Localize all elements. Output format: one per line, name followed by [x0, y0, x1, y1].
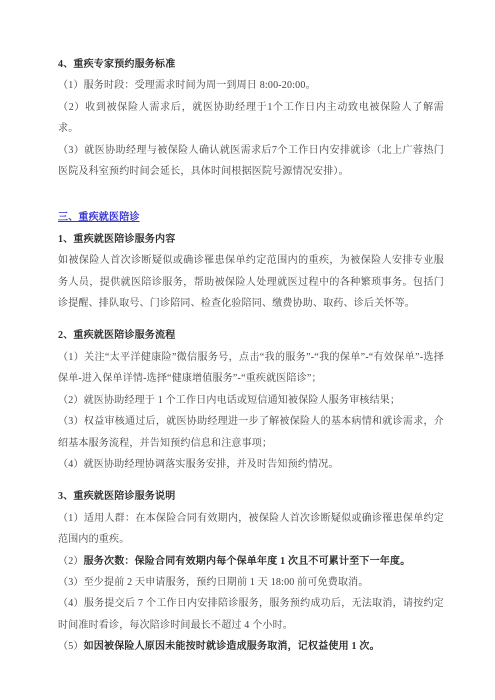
- section4-paragraph-1: （1）服务时段：受理需求时间为周一到周日 8:00-20:00。: [58, 75, 444, 96]
- sub3-paragraph-2: （2）服务次数：保险合同有效期内每个保单年度 1 次且不可累计至下一年度。: [58, 551, 444, 572]
- sub2-paragraph-2: （2）就医协助经理于 1 个工作日内电话或短信通知被保险人服务审核结果；: [58, 390, 444, 411]
- sub3-paragraph-5: （5）如因被保险人原因未能按时就诊造成服务取消，记权益使用 1 次。: [58, 636, 444, 657]
- section4-heading: 4、重疾专家预约服务标准: [58, 54, 444, 75]
- section4-paragraph-2: （2）收到被保险人需求后，就医协助经理于1个工作日内主动致电被保险人了解需求。: [58, 97, 444, 140]
- sub2-paragraph-4: （4）就医协助经理协调落实服务安排，并及时告知预约情况。: [58, 454, 444, 475]
- sub2-heading: 2、重疾就医陪诊服务流程: [58, 325, 444, 346]
- sub3-paragraph-5-number: （5）: [58, 641, 84, 652]
- sub1-heading: 1、重疾就医陪诊服务内容: [58, 229, 444, 250]
- sub3-paragraph-2-bold-text: 服务次数：保险合同有效期内每个保单年度 1 次且不可累计至下一年度。: [84, 556, 411, 567]
- sub2-paragraph-3: （3）权益审核通过后，就医协助经理进一步了解被保险人的基本病情和就诊需求，介绍基…: [58, 411, 444, 454]
- sub3-paragraph-4: （4）服务提交后 7 个工作日内安排陪诊服务，服务预约成功后，无法取消，请按约定…: [58, 593, 444, 636]
- sub3-paragraph-5-bold-text: 如因被保险人原因未能按时就诊造成服务取消，记权益使用 1 次。: [84, 641, 380, 652]
- section4-paragraph-3: （3）就医协助经理与被保险人确认就医需求后7个工作日内安排就诊（北上广蓉热门医院…: [58, 140, 444, 183]
- sub3-paragraph-2-number: （2）: [58, 556, 84, 567]
- sub3-paragraph-1: （1）适用人群：在本保险合同有效期内，被保险人首次诊断疑似或确诊罹患保单约定范围…: [58, 508, 444, 551]
- section3-title: 三、重疾就医陪诊: [58, 207, 444, 228]
- document-page: 4、重疾专家预约服务标准 （1）服务时段：受理需求时间为周一到周日 8:00-2…: [58, 54, 444, 658]
- sub3-heading: 3、重疾就医陪诊服务说明: [58, 486, 444, 507]
- sub3-paragraph-3: （3）至少提前 2 天申请服务，预约日期前 1 天 18:00 前可免费取消。: [58, 572, 444, 593]
- sub1-paragraph-1: 如被保险人首次诊断疑似或确诊罹患保单约定范围内的重疾，为被保险人安排专业服务人员…: [58, 250, 444, 314]
- sub2-paragraph-1: （1）关注“太平洋健康险”微信服务号，点击“我的服务”-“我的保单”-“有效保单…: [58, 347, 444, 390]
